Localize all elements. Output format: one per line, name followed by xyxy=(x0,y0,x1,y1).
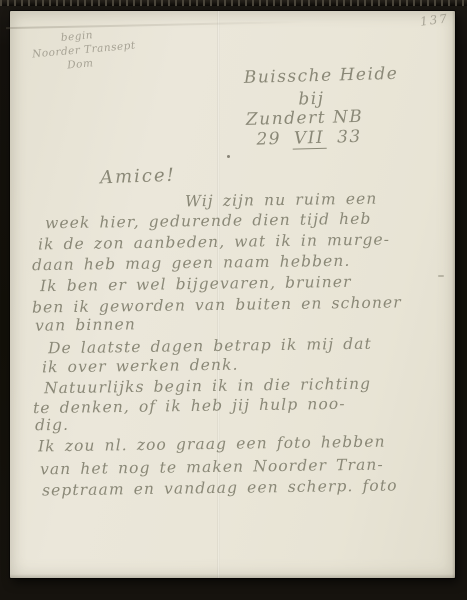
body-line: septraam en vandaag een scherp. foto xyxy=(42,477,398,500)
letter-paper: 137 begin Noorder Transept Dom Buissche … xyxy=(10,11,455,578)
date-day: 29 xyxy=(256,129,281,150)
address-bij: bij xyxy=(298,89,325,110)
body-line: daan heb mag geen naam hebben. xyxy=(32,252,351,274)
pencil-annotation: begin Noorder Transept Dom xyxy=(30,25,137,76)
body-line: van binnen xyxy=(35,315,136,334)
body-line: van het nog te maken Noorder Tran- xyxy=(40,456,384,479)
folio-number: 137 xyxy=(419,11,449,28)
body-line: ik over werken denk. xyxy=(42,356,239,377)
body-line: week hier, gedurende dien tijd heb xyxy=(45,210,372,233)
body-line: ik de zon aanbeden, wat ik in murge- xyxy=(38,231,390,254)
body-line: De laatste dagen betrap ik mij dat xyxy=(48,335,372,358)
paper-edge-shading xyxy=(452,11,455,578)
address-place: Buissche Heide xyxy=(244,64,399,88)
salutation: Amice! xyxy=(100,165,176,189)
body-line: ben ik geworden van buiten en schoner xyxy=(32,293,402,316)
mount-serrated-edge xyxy=(0,0,467,6)
paper-speck xyxy=(227,155,230,158)
paper-bottom-shading xyxy=(10,574,455,578)
date-month-roman: VII xyxy=(292,128,327,150)
letter-scan: 137 begin Noorder Transept Dom Buissche … xyxy=(0,0,467,600)
body-line: Ik zou nl. zoo graag een foto hebben xyxy=(38,433,386,456)
date-line: 29 VII 33 xyxy=(256,127,362,150)
body-line: dig. xyxy=(35,416,69,434)
horizontal-fold-crease xyxy=(6,21,306,29)
date-year: 33 xyxy=(337,127,362,148)
body-line: te denken, of ik heb jij hulp noo- xyxy=(33,395,346,417)
paper-speck xyxy=(438,275,444,277)
body-line: Wij zijn nu ruim een xyxy=(185,190,378,211)
body-line: Natuurlijks begin ik in die richting xyxy=(44,375,371,398)
body-line: Ik ben er wel bijgevaren, bruiner xyxy=(40,273,352,295)
